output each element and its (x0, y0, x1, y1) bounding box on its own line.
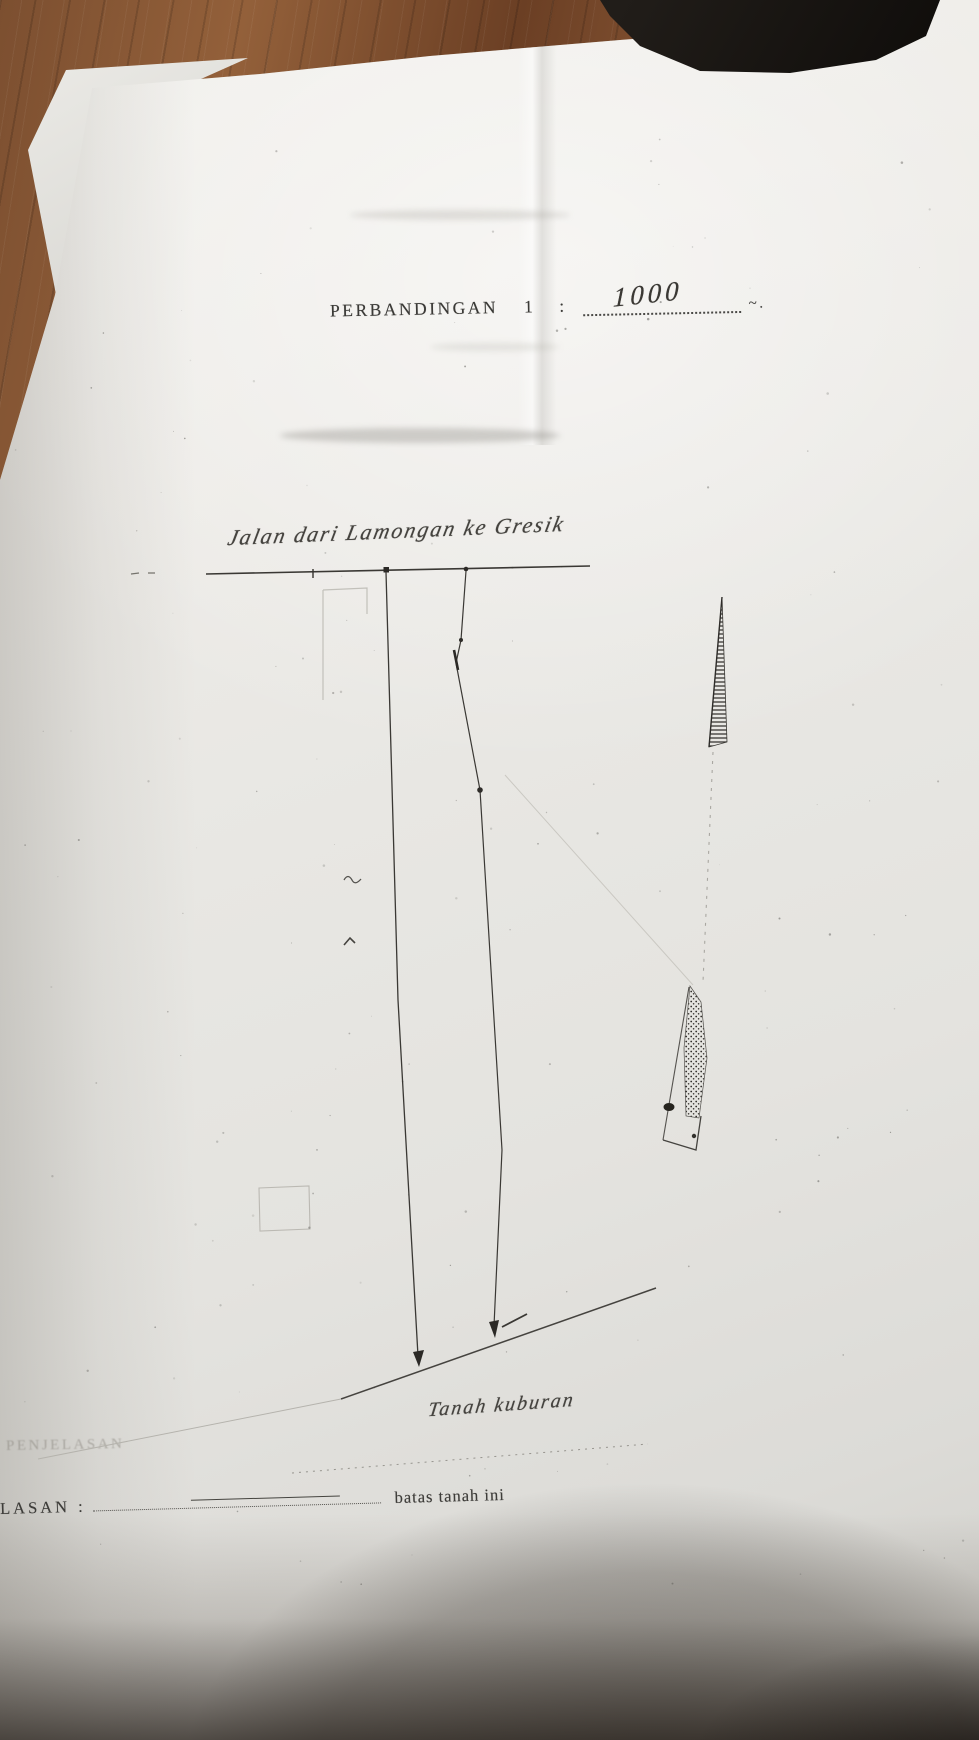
bottom-right-corner-shadow (0, 0, 979, 1740)
photo-of-land-sketch-document: { "heading": { "label": "PERBANDINGAN", … (0, 0, 979, 1740)
